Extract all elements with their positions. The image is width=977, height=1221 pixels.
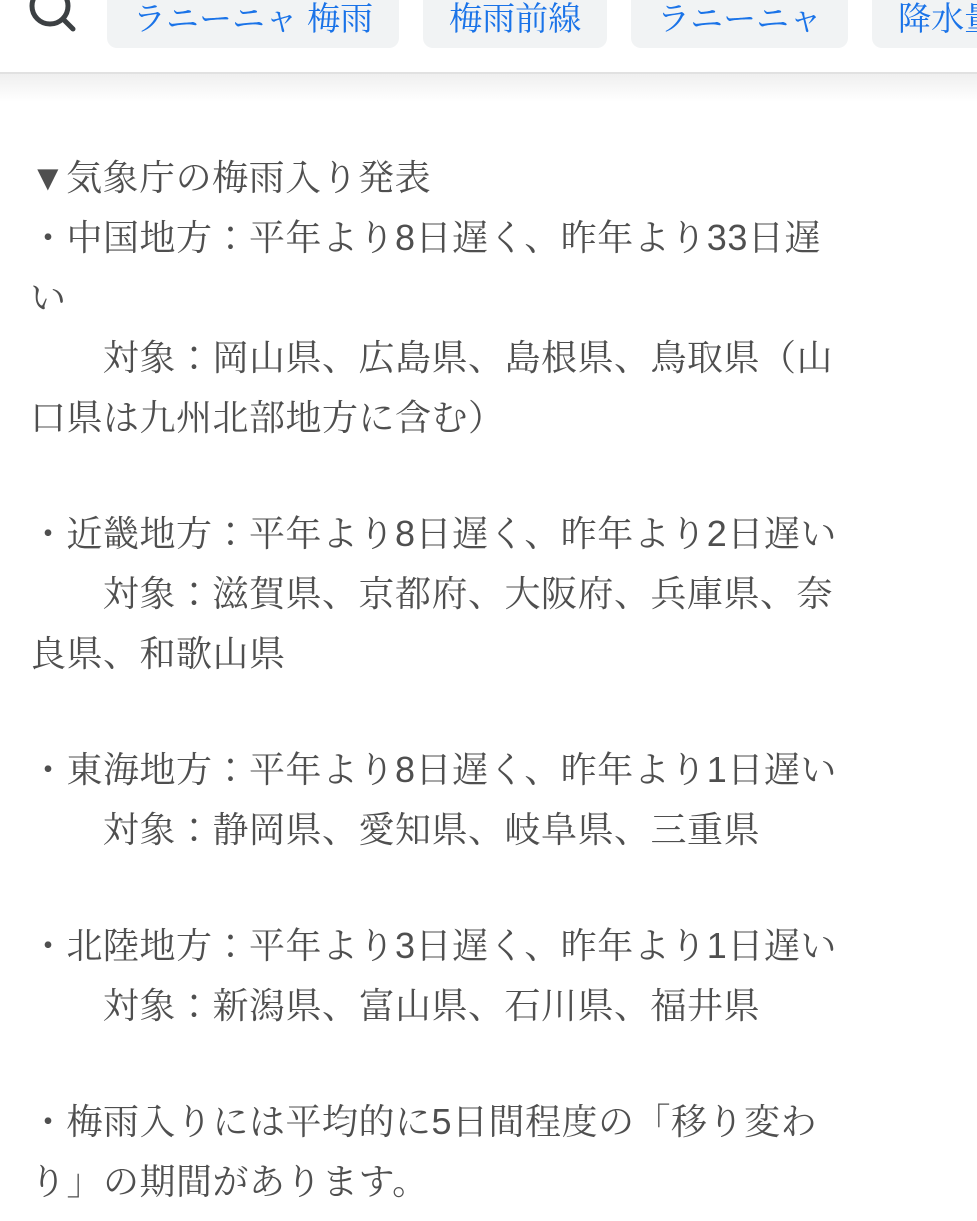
search-icon-glyph [27, 0, 79, 35]
paragraph: ・北陸地方：平年より3日遅く、昨年より1日遅い 対象：新潟県、富山県、石川県、福… [30, 916, 945, 1036]
paragraph: ・東海地方：平年より8日遅く、昨年より1日遅い 対象：静岡県、愛知県、岐阜県、三… [30, 740, 945, 860]
article-body: ▼気象庁の梅雨入り発表・中国地方：平年より8日遅く、昨年より33日遅い 対象：岡… [0, 74, 977, 1212]
related-search-chip[interactable]: 梅雨前線 [423, 0, 607, 48]
text-line: ・東海地方：平年より8日遅く、昨年より1日遅い [30, 740, 945, 800]
related-search-header: ラニーニャ 梅雨梅雨前線ラニーニャ降水量 [0, 0, 977, 74]
related-search-chip[interactable]: ラニーニャ 梅雨 [107, 0, 399, 48]
text-line: ▼気象庁の梅雨入り発表 [30, 148, 945, 208]
text-line: ・中国地方：平年より8日遅く、昨年より33日遅 [30, 208, 945, 268]
text-line: ・梅雨入りには平均的に5日間程度の「移り変わ [30, 1092, 945, 1152]
text-line: ・近畿地方：平年より8日遅く、昨年より2日遅い [30, 504, 945, 564]
text-line: 対象：新潟県、富山県、石川県、福井県 [30, 976, 945, 1036]
text-line: り」の期間があります。 [30, 1152, 945, 1212]
search-icon[interactable] [27, 0, 79, 35]
page: ラニーニャ 梅雨梅雨前線ラニーニャ降水量 ▼気象庁の梅雨入り発表・中国地方：平年… [0, 0, 977, 1221]
paragraph: ・梅雨入りには平均的に5日間程度の「移り変わり」の期間があります。 [30, 1092, 945, 1212]
paragraph: ・近畿地方：平年より8日遅く、昨年より2日遅い 対象：滋賀県、京都府、大阪府、兵… [30, 504, 945, 684]
text-line: ・北陸地方：平年より3日遅く、昨年より1日遅い [30, 916, 945, 976]
related-search-chip[interactable]: ラニーニャ [631, 0, 848, 48]
related-search-chip[interactable]: 降水量 [872, 0, 977, 48]
text-line: 良県、和歌山県 [30, 624, 945, 684]
text-line: 対象：滋賀県、京都府、大阪府、兵庫県、奈 [30, 564, 945, 624]
related-search-chips: ラニーニャ 梅雨梅雨前線ラニーニャ降水量 [107, 0, 977, 48]
paragraph: ▼気象庁の梅雨入り発表・中国地方：平年より8日遅く、昨年より33日遅い 対象：岡… [30, 148, 945, 448]
text-line: い [30, 268, 945, 328]
text-line: 対象：岡山県、広島県、島根県、鳥取県（山 [30, 328, 945, 388]
text-line: 口県は九州北部地方に含む） [30, 388, 945, 448]
text-line: 対象：静岡県、愛知県、岐阜県、三重県 [30, 800, 945, 860]
